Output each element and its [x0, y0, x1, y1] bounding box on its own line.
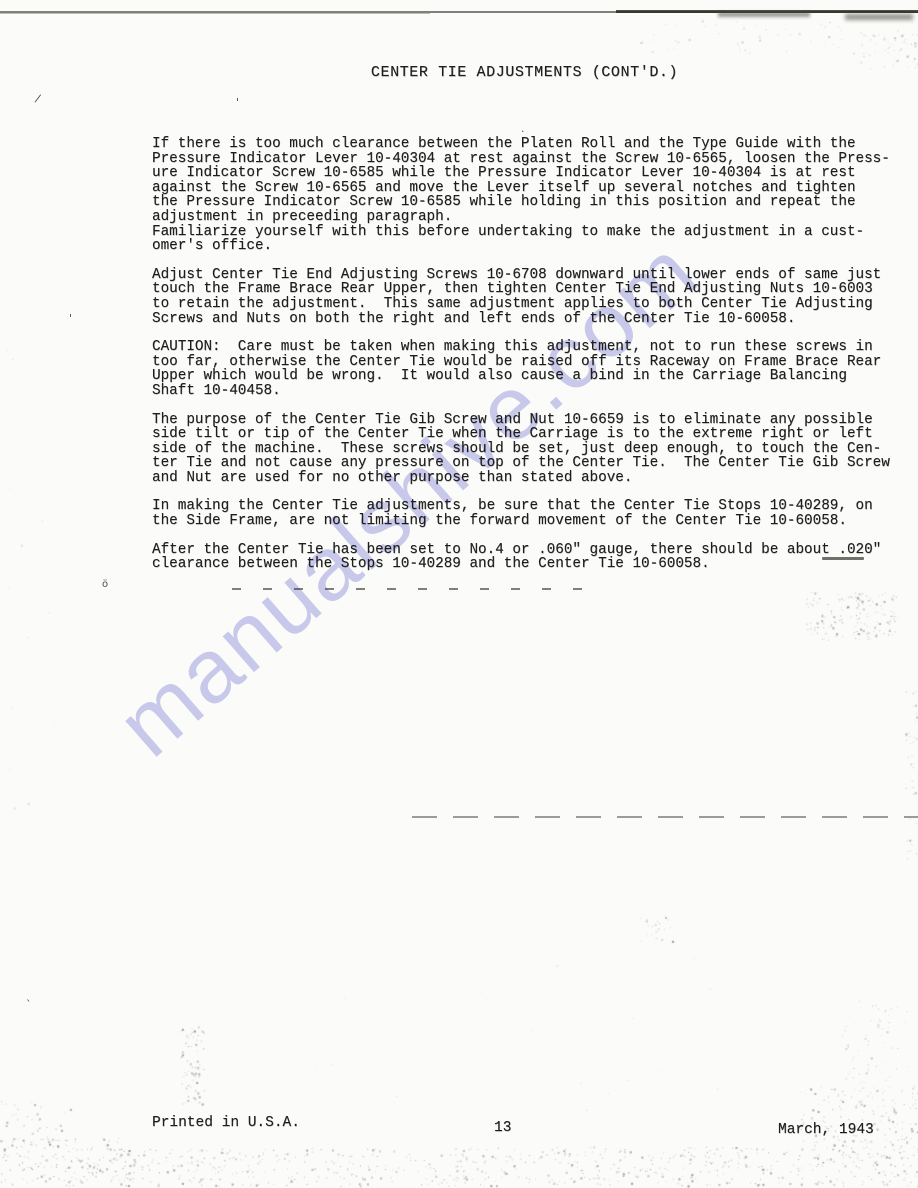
- text-line: CAUTION: Care must be taken when making …: [152, 340, 912, 355]
- scan-smudge: [845, 14, 913, 20]
- paragraph-caution: CAUTION: Care must be taken when making …: [152, 340, 912, 398]
- short-dark-dash: [822, 557, 864, 560]
- text-line: adjustment in preceeding paragraph.: [152, 210, 912, 225]
- text-line: the Side Frame, are not limiting the for…: [152, 514, 912, 529]
- faint-dashed-line: [232, 588, 588, 590]
- paragraph-center-tie-stops: In making the Center Tie adjustments, be…: [152, 499, 912, 528]
- paragraph-gauge-clearance: After the Center Tie has been set to No.…: [152, 543, 912, 572]
- text-line: the Pressure Indicator Screw 10-6585 whi…: [152, 195, 912, 210]
- stray-mark: `: [26, 998, 32, 1011]
- footer-page-number: 13: [494, 1120, 511, 1136]
- stray-mark: .: [521, 122, 525, 135]
- paragraph-end-adjusting-screws: Adjust Center Tie End Adjusting Screws 1…: [152, 268, 912, 326]
- scanned-manual-page: manualshive.com CENTER TIE ADJUSTMENTS (…: [0, 0, 918, 1188]
- text-line: Pressure Indicator Lever 10-40304 at res…: [152, 152, 912, 167]
- scan-smudge: [718, 12, 810, 17]
- text-line: ure Indicator Screw 10-6585 while the Pr…: [152, 166, 912, 181]
- text-line: touch the Frame Brace Rear Upper, then t…: [152, 282, 912, 297]
- page-title: CENTER TIE ADJUSTMENTS (CONT'D.): [152, 64, 897, 81]
- text-line: ter Tie and not cause any pressure on to…: [152, 456, 912, 471]
- document-body: If there is too much clearance between t…: [152, 137, 912, 586]
- faint-dashed-line: [412, 816, 918, 818]
- stray-mark: ': [69, 312, 72, 325]
- text-line: Familiarize yourself with this before un…: [152, 225, 912, 240]
- text-line: omer's office.: [152, 239, 912, 254]
- text-line: Screws and Nuts on both the right and le…: [152, 312, 912, 327]
- text-line: clearance between the Stops 10-40289 and…: [152, 557, 912, 572]
- stray-mark: ö: [102, 579, 108, 590]
- text-line: and Nut are used for no other purpose th…: [152, 471, 912, 486]
- text-line: Upper which would be wrong. It would als…: [152, 369, 912, 384]
- text-line: In making the Center Tie adjustments, be…: [152, 499, 912, 514]
- text-line: side tilt or tip of the Center Tie when …: [152, 427, 912, 442]
- paragraph-gib-screw: The purpose of the Center Tie Gib Screw …: [152, 413, 912, 486]
- stray-mark: ': [236, 96, 239, 109]
- text-line: If there is too much clearance between t…: [152, 137, 912, 152]
- footer-printed-in: Printed in U.S.A.: [152, 1115, 300, 1131]
- stray-mark: /: [34, 92, 42, 105]
- text-line: Shaft 10-40458.: [152, 384, 912, 399]
- text-line: The purpose of the Center Tie Gib Screw …: [152, 413, 912, 428]
- scan-edge-line-thin: [0, 13, 430, 14]
- footer-date: March, 1943: [778, 1122, 874, 1138]
- paragraph-pressure-indicator: If there is too much clearance between t…: [152, 137, 912, 254]
- text-line: to retain the adjustment. This same adju…: [152, 297, 912, 312]
